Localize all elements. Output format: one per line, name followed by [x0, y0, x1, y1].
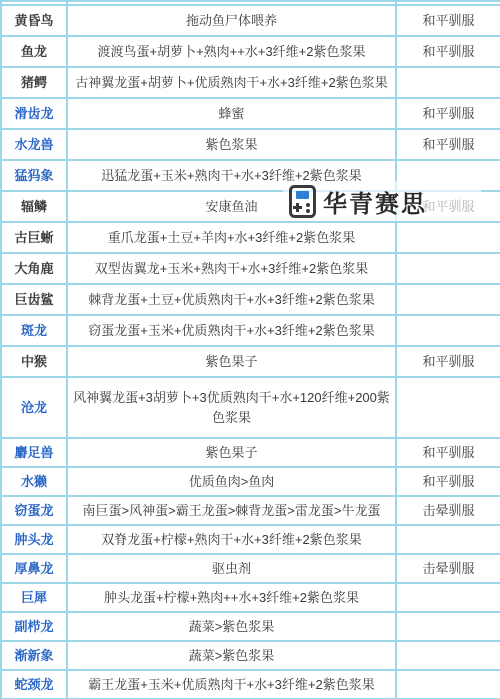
table-row: 水獭 优质鱼肉>鱼肉 和平驯服	[1, 467, 500, 496]
creature-name: 鱼龙	[1, 36, 67, 67]
creature-name: 古巨蜥	[1, 222, 67, 253]
taming-food: 安康鱼油	[67, 191, 396, 222]
taming-method: 击晕驯服	[396, 554, 500, 583]
creature-name[interactable]: 巨犀	[1, 583, 67, 612]
table-row: 鱼龙 渡渡鸟蛋+胡萝卜+熟肉++水+3纤维+2紫色浆果 和平驯服	[1, 36, 500, 67]
taming-food: 优质鱼肉>鱼肉	[67, 467, 396, 496]
creature-name[interactable]: 沧龙	[1, 377, 67, 438]
taming-food: 驱虫剂	[67, 554, 396, 583]
taming-method	[396, 670, 500, 699]
taming-food: 迅猛龙蛋+玉米+熟肉干+水+3纤维+2紫色浆果	[67, 160, 396, 191]
table-row: 蛇颈龙 霸王龙蛋+玉米+优质熟肉干+水+3纤维+2紫色浆果	[1, 670, 500, 699]
taming-food: 古神翼龙蛋+胡萝卜+优质熟肉干+水+3纤维+2紫色浆果	[67, 67, 396, 98]
taming-method: 和平驯服	[396, 98, 500, 129]
taming-method	[396, 67, 500, 98]
taming-food: 蔬菜>紫色浆果	[67, 641, 396, 670]
taming-method	[396, 253, 500, 284]
creature-name[interactable]: 蛇颈龙	[1, 670, 67, 699]
taming-method	[396, 315, 500, 346]
table-row: 古巨蜥 重爪龙蛋+土豆+羊肉+水+3纤维+2紫色浆果	[1, 222, 500, 253]
table-row: 中猴 紫色果子 和平驯服	[1, 346, 500, 377]
table-row: 斑龙 窃蛋龙蛋+玉米+优质熟肉干+水+3纤维+2紫色浆果	[1, 315, 500, 346]
creature-name[interactable]: 副栉龙	[1, 612, 67, 641]
taming-method	[396, 222, 500, 253]
taming-food: 风神翼龙蛋+3胡萝卜+3优质熟肉干+水+120纤维+200紫色浆果	[67, 377, 396, 438]
creature-name: 黄昏鸟	[1, 5, 67, 36]
taming-method	[396, 583, 500, 612]
taming-food: 双脊龙蛋+柠檬+熟肉干+水+3纤维+2紫色浆果	[67, 525, 396, 554]
taming-food: 窃蛋龙蛋+玉米+优质熟肉干+水+3纤维+2紫色浆果	[67, 315, 396, 346]
taming-food: 紫色果子	[67, 346, 396, 377]
creature-name[interactable]: 滑齿龙	[1, 98, 67, 129]
table-row: 辐鳞 安康鱼油 和平驯服	[1, 191, 500, 222]
table-row: 麝足兽 紫色果子 和平驯服	[1, 438, 500, 467]
taming-food: 重爪龙蛋+土豆+羊肉+水+3纤维+2紫色浆果	[67, 222, 396, 253]
taming-method	[396, 525, 500, 554]
creature-name[interactable]: 窃蛋龙	[1, 496, 67, 525]
taming-food: 紫色果子	[67, 438, 396, 467]
taming-table: 黄昏鸟 拖动鱼尸体喂养 和平驯服 鱼龙 渡渡鸟蛋+胡萝卜+熟肉++水+3纤维+2…	[0, 0, 500, 699]
table-row: 巨犀 肿头龙蛋+柠檬+熟肉++水+3纤维+2紫色浆果	[1, 583, 500, 612]
table-row: 渐新象 蔬菜>紫色浆果	[1, 641, 500, 670]
creature-name: 大角鹿	[1, 253, 67, 284]
taming-food: 棘背龙蛋+土豆+优质熟肉干+水+3纤维+2紫色浆果	[67, 284, 396, 315]
taming-food: 蜂蜜	[67, 98, 396, 129]
taming-food: 双型齿翼龙+玉米+熟肉干+水+3纤维+2紫色浆果	[67, 253, 396, 284]
table-body: 黄昏鸟 拖动鱼尸体喂养 和平驯服 鱼龙 渡渡鸟蛋+胡萝卜+熟肉++水+3纤维+2…	[1, 1, 500, 699]
creature-name: 辐鳞	[1, 191, 67, 222]
table-row: 窃蛋龙 南巨蛋>风神蛋>霸王龙蛋>棘背龙蛋>雷龙蛋>牛龙蛋 击晕驯服	[1, 496, 500, 525]
creature-name[interactable]: 厚鼻龙	[1, 554, 67, 583]
table-row: 大角鹿 双型齿翼龙+玉米+熟肉干+水+3纤维+2紫色浆果	[1, 253, 500, 284]
creature-name[interactable]: 水龙兽	[1, 129, 67, 160]
table-row: 巨齿鲨 棘背龙蛋+土豆+优质熟肉干+水+3纤维+2紫色浆果	[1, 284, 500, 315]
table-row: 肿头龙 双脊龙蛋+柠檬+熟肉干+水+3纤维+2紫色浆果	[1, 525, 500, 554]
taming-method	[396, 641, 500, 670]
creature-name: 巨齿鲨	[1, 284, 67, 315]
creature-name[interactable]: 水獭	[1, 467, 67, 496]
taming-method: 和平驯服	[396, 129, 500, 160]
taming-method	[396, 284, 500, 315]
creature-name[interactable]: 猛犸象	[1, 160, 67, 191]
taming-method: 和平驯服	[396, 191, 500, 222]
table-row: 厚鼻龙 驱虫剂 击晕驯服	[1, 554, 500, 583]
taming-food: 霸王龙蛋+玉米+优质熟肉干+水+3纤维+2紫色浆果	[67, 670, 396, 699]
creature-name: 中猴	[1, 346, 67, 377]
creature-name[interactable]: 斑龙	[1, 315, 67, 346]
table-row: 沧龙 风神翼龙蛋+3胡萝卜+3优质熟肉干+水+120纤维+200紫色浆果	[1, 377, 500, 438]
creature-name[interactable]: 肿头龙	[1, 525, 67, 554]
taming-method: 和平驯服	[396, 36, 500, 67]
taming-method: 和平驯服	[396, 346, 500, 377]
taming-food: 紫色浆果	[67, 129, 396, 160]
taming-method	[396, 612, 500, 641]
table-row: 黄昏鸟 拖动鱼尸体喂养 和平驯服	[1, 5, 500, 36]
table-row: 猛犸象 迅猛龙蛋+玉米+熟肉干+水+3纤维+2紫色浆果	[1, 160, 500, 191]
taming-method: 和平驯服	[396, 467, 500, 496]
taming-method	[396, 160, 500, 191]
table-row: 猪鳄 古神翼龙蛋+胡萝卜+优质熟肉干+水+3纤维+2紫色浆果	[1, 67, 500, 98]
taming-method	[396, 377, 500, 438]
taming-food: 拖动鱼尸体喂养	[67, 5, 396, 36]
taming-food: 肿头龙蛋+柠檬+熟肉++水+3纤维+2紫色浆果	[67, 583, 396, 612]
taming-method: 击晕驯服	[396, 496, 500, 525]
creature-name: 猪鳄	[1, 67, 67, 98]
taming-food: 南巨蛋>风神蛋>霸王龙蛋>棘背龙蛋>雷龙蛋>牛龙蛋	[67, 496, 396, 525]
taming-method: 和平驯服	[396, 5, 500, 36]
table-row: 副栉龙 蔬菜>紫色浆果	[1, 612, 500, 641]
creature-name[interactable]: 麝足兽	[1, 438, 67, 467]
taming-food: 渡渡鸟蛋+胡萝卜+熟肉++水+3纤维+2紫色浆果	[67, 36, 396, 67]
table-row: 滑齿龙 蜂蜜 和平驯服	[1, 98, 500, 129]
creature-name[interactable]: 渐新象	[1, 641, 67, 670]
taming-method: 和平驯服	[396, 438, 500, 467]
taming-food: 蔬菜>紫色浆果	[67, 612, 396, 641]
table-row: 水龙兽 紫色浆果 和平驯服	[1, 129, 500, 160]
taming-guide-page: 黄昏鸟 拖动鱼尸体喂养 和平驯服 鱼龙 渡渡鸟蛋+胡萝卜+熟肉++水+3纤维+2…	[0, 0, 500, 699]
